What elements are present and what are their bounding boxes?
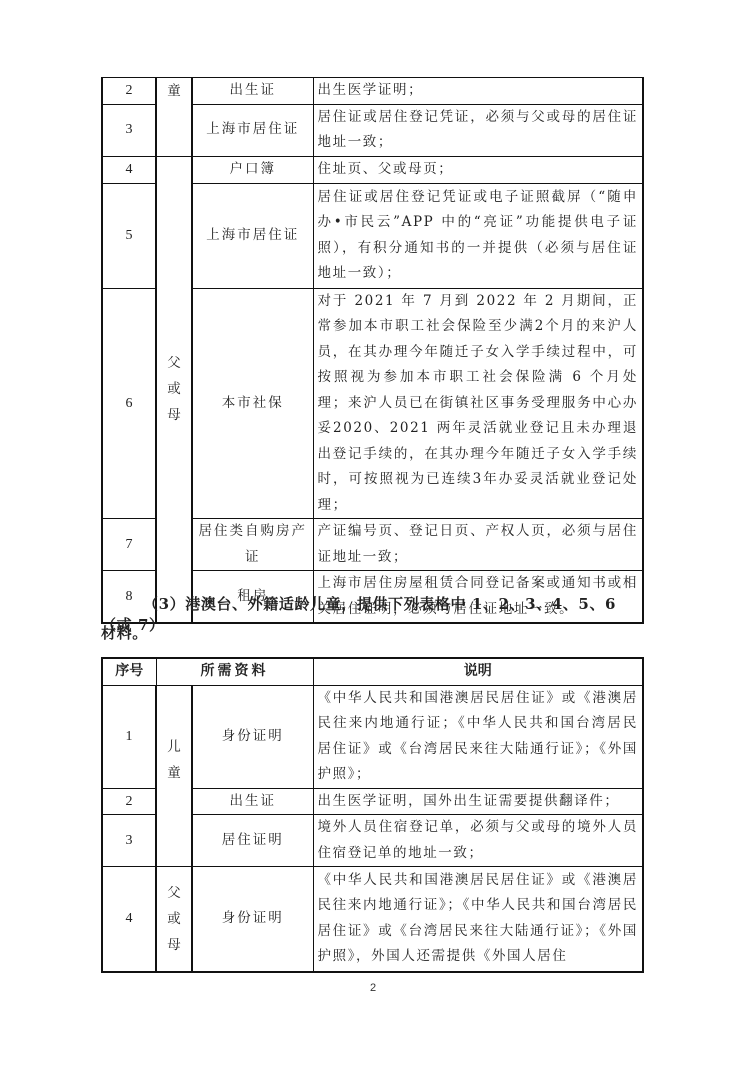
material-name: 居住类自购房产证: [192, 519, 313, 571]
row-number: 4: [102, 156, 156, 183]
row-number: 6: [102, 288, 156, 519]
material-name: 本市社保: [192, 288, 313, 519]
section-heading-continued: 材料。: [101, 622, 642, 643]
foreign-children-materials-table: 序号 所需资料 说明 1 儿 童 身份证明 《中华人民共和国港澳居民居住证》或《…: [101, 657, 644, 973]
row-number: 1: [102, 685, 156, 788]
material-name: 出生证: [192, 78, 313, 105]
header-materials: 所需资料: [156, 658, 313, 685]
row-number: 2: [102, 78, 156, 105]
material-description: 境外人员住宿登记单，必须与父或母的境外人员住宿登记单的地址一致；: [313, 815, 643, 867]
material-description: 居住证或居住登记凭证，必须与父或母的居住证地址一致；: [313, 104, 643, 156]
group-label-child: 童: [156, 78, 192, 157]
material-name: 出生证: [192, 788, 313, 815]
group-label-parent: 父 或 母: [156, 867, 192, 972]
material-name: 户口簿: [192, 156, 313, 183]
material-name: 身份证明: [192, 867, 313, 972]
group-label-child: 儿 童: [156, 685, 192, 867]
material-description: 出生医学证明；: [313, 78, 643, 105]
header-description: 说明: [313, 658, 643, 685]
material-name: 居住证明: [192, 815, 313, 867]
material-description: 对于 2021 年 7 月到 2022 年 2 月期间，正常参加本市职工社会保险…: [313, 288, 643, 519]
row-number: 3: [102, 104, 156, 156]
material-name: 身份证明: [192, 685, 313, 788]
material-description: 出生医学证明，国外出生证需要提供翻译件；: [313, 788, 643, 815]
material-description: 《中华人民共和国港澳居民居住证》或《港澳居民往来内地通行证》；《中华人民共和国台…: [313, 867, 643, 972]
row-number: 3: [102, 815, 156, 867]
material-name: 上海市居住证: [192, 104, 313, 156]
group-label-parent: 父 或 母: [156, 156, 192, 623]
row-number: 2: [102, 788, 156, 815]
material-name: 上海市居住证: [192, 183, 313, 288]
material-description: 产证编号页、登记日页、产权人页，必须与居住证地址一致；: [313, 519, 643, 571]
row-number: 4: [102, 867, 156, 972]
materials-table-continued: 2 童 出生证 出生医学证明； 3 上海市居住证 居住证或居住登记凭证，必须与父…: [101, 77, 644, 624]
row-number: 7: [102, 519, 156, 571]
page-number: 2: [0, 982, 746, 994]
header-number: 序号: [102, 658, 156, 685]
table-row: 2 童 出生证 出生医学证明；: [102, 78, 643, 105]
material-description: 《中华人民共和国港澳居民居住证》或《港澳居民往来内地通行证；《中华人民共和国台湾…: [313, 685, 643, 788]
document-page: 2 童 出生证 出生医学证明； 3 上海市居住证 居住证或居住登记凭证，必须与父…: [0, 0, 746, 1071]
table-header-row: 序号 所需资料 说明: [102, 658, 643, 685]
table-row: 4 父 或 母 身份证明 《中华人民共和国港澳居民居住证》或《港澳居民往来内地通…: [102, 867, 643, 972]
table-row: 1 儿 童 身份证明 《中华人民共和国港澳居民居住证》或《港澳居民往来内地通行证…: [102, 685, 643, 788]
material-description: 住址页、父或母页；: [313, 156, 643, 183]
material-description: 居住证或居住登记凭证或电子证照截屏（“随申办•市民云”APP 中的“亮证”功能提…: [313, 183, 643, 288]
table-row: 4 父 或 母 户口簿 住址页、父或母页；: [102, 156, 643, 183]
row-number: 5: [102, 183, 156, 288]
